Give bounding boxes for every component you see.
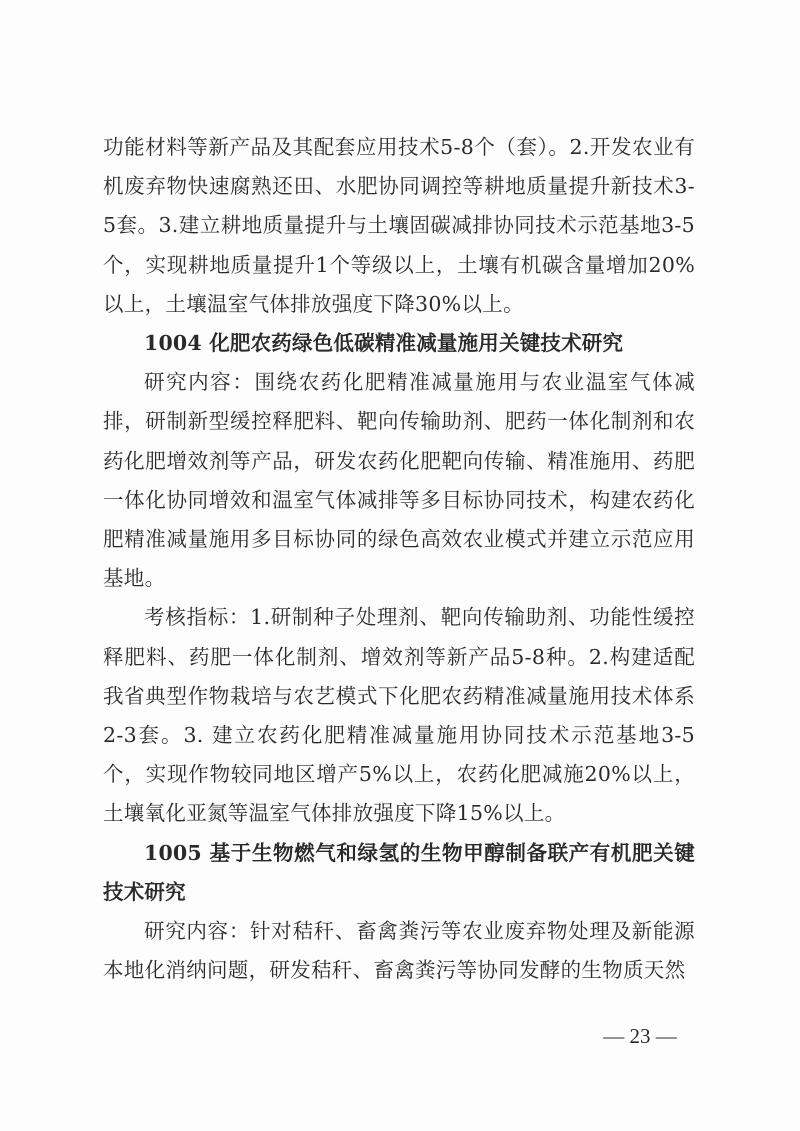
- section-heading-1004: 1004 化肥农药绿色低碳精准减量施用关键技术研究: [103, 324, 695, 363]
- document-page: 功能材料等新产品及其配套应用技术5-8个（套）。2.开发农业有机废弃物快速腐熟还…: [0, 0, 800, 1131]
- paragraph-assessment-continued: 功能材料等新产品及其配套应用技术5-8个（套）。2.开发农业有机废弃物快速腐熟还…: [103, 128, 695, 324]
- paragraph-research-content-1005: 研究内容：针对秸秆、畜禽粪污等农业废弃物处理及新能源本地化消纳问题，研发秸秆、畜…: [103, 912, 695, 990]
- section-heading-1005: 1005 基于生物燃气和绿氢的生物甲醇制备联产有机肥关键技术研究: [103, 834, 695, 912]
- paragraph-research-content-1004: 研究内容：围绕农药化肥精准减量施用与农业温室气体减排，研制新型缓控释肥料、靶向传…: [103, 363, 695, 598]
- page-number: — 23 —: [585, 1024, 695, 1049]
- document-body: 功能材料等新产品及其配套应用技术5-8个（套）。2.开发农业有机废弃物快速腐熟还…: [103, 128, 695, 990]
- paragraph-assessment-1004: 考核指标：1.研制种子处理剂、靶向传输助剂、功能性缓控释肥料、药肥一体化制剂、增…: [103, 598, 695, 833]
